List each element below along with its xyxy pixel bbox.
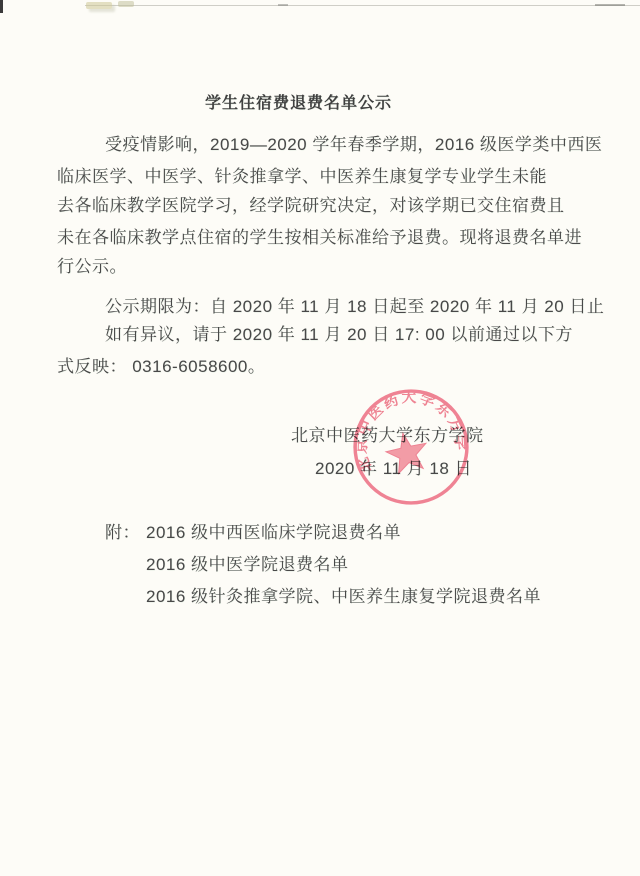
scan-smudge <box>118 1 134 7</box>
attachments-label: 附： <box>105 523 140 542</box>
scanned-document-page: 学生住宿费退费名单公示 受疫情影响，2019—2020 学年春季学期，2016 … <box>0 0 640 876</box>
scan-dash-mark <box>278 4 288 6</box>
paragraph-line: 如有异议，请于 2020 年 11 月 20 日 17: 00 以前通过以下方 <box>105 325 573 344</box>
scan-smudge <box>86 2 112 9</box>
scan-edge-mark <box>0 0 3 13</box>
attachment-item: 2016 级中医学院退费名单 <box>146 555 349 574</box>
paragraph-line: 去各临床教学医院学习，经学院研究决定，对该学期已交住宿费且 <box>57 196 565 215</box>
scan-hairline-dark-segment <box>595 4 625 6</box>
attachment-item: 2016 级针灸推拿学院、中医养生康复学院退费名单 <box>146 587 541 606</box>
paragraph-line: 受疫情影响，2019—2020 学年春季学期，2016 级医学类中西医 <box>105 135 602 154</box>
paragraph-line: 临床医学、中医学、针灸推拿学、中医养生康复学专业学生未能 <box>57 167 547 186</box>
paragraph-line: 行公示。 <box>57 257 127 276</box>
attachment-item: 2016 级中西医临床学院退费名单 <box>146 523 401 542</box>
paragraph-line: 未在各临床教学点住宿的学生按相关标准给予退费。现将退费名单进 <box>57 228 582 247</box>
official-seal-stamp: 北京中医药大学东方学院 <box>339 375 484 520</box>
notice-period-line: 公示期限为：自 2020 年 11 月 18 日起至 2020 年 11 月 2… <box>105 297 604 316</box>
seal-star-icon <box>383 429 431 475</box>
document-title: 学生住宿费退费名单公示 <box>205 94 392 113</box>
contact-phone-line: 式反映： 0316-6058600。 <box>57 357 265 376</box>
scan-hairline <box>85 5 640 6</box>
